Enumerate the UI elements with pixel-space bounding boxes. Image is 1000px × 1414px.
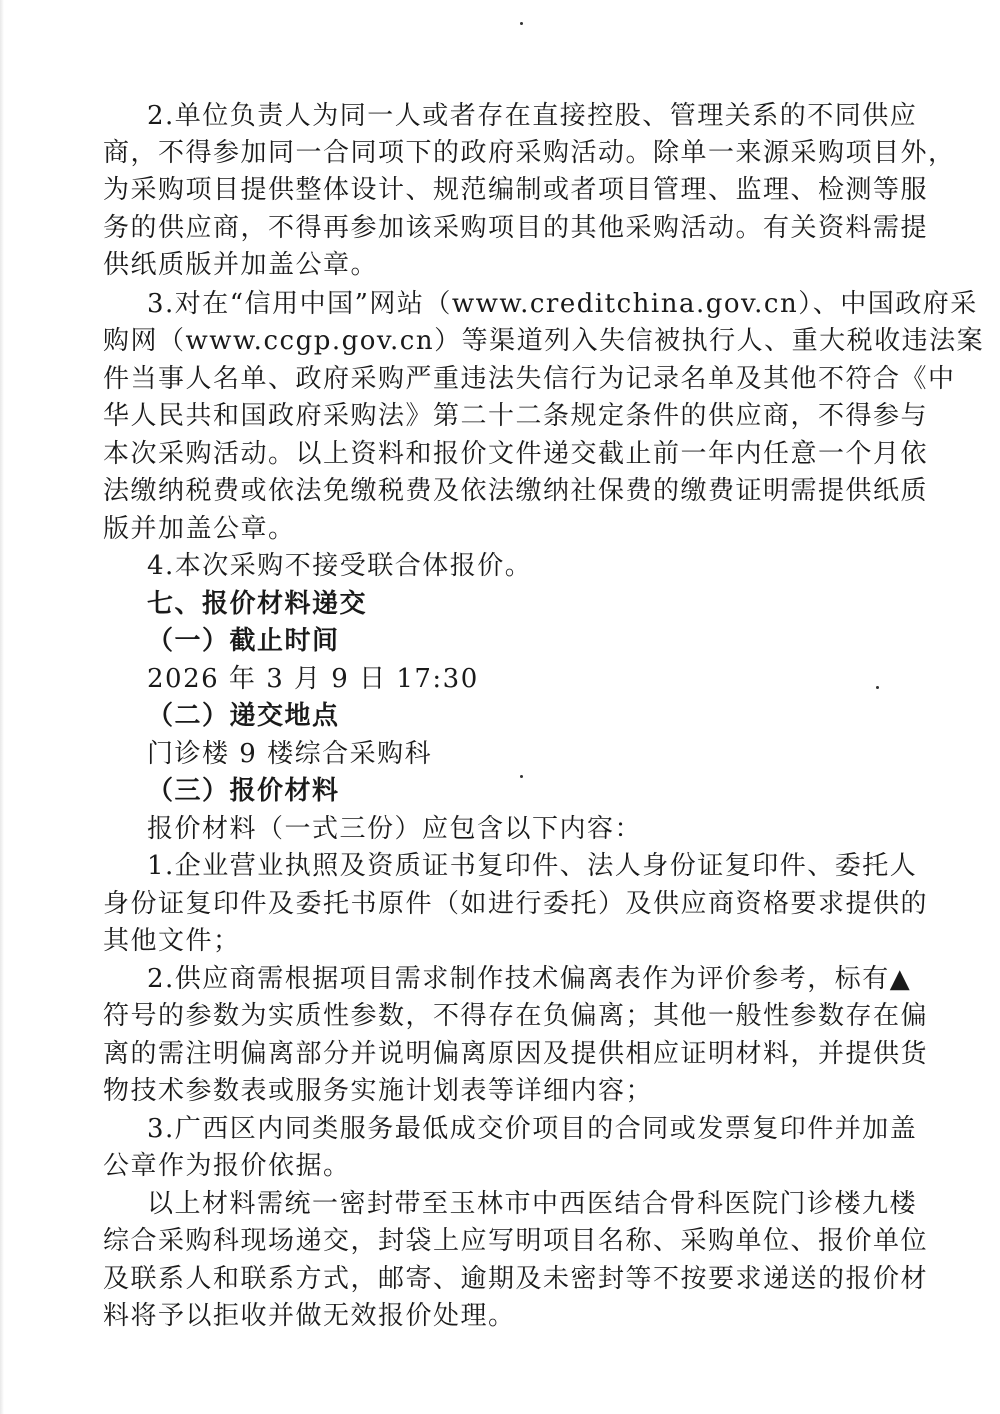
text-line: 离的需注明偏离部分并说明偏离原因及提供相应证明材料，并提供货 bbox=[103, 1036, 928, 1072]
text-line: 务的供应商，不得再参加该采购项目的其他采购活动。有关资料需提 bbox=[103, 210, 928, 246]
text-line: 3.对在“信用中国”网站（www.creditchina.gov.cn）、中国政… bbox=[147, 286, 978, 322]
text-line: 版并加盖公章。 bbox=[103, 511, 296, 547]
text-line: 1.企业营业执照及资质证书复印件、法人身份证复印件、委托人 bbox=[147, 848, 917, 884]
text-line: 4.本次采购不接受联合体报价。 bbox=[147, 548, 532, 584]
scan-speck bbox=[520, 22, 523, 25]
text-line: 购网（www.ccgp.gov.cn）等渠道列入失信被执行人、重大税收违法案 bbox=[103, 323, 984, 359]
section-heading: 七、报价材料递交 bbox=[147, 586, 367, 622]
scan-edge-shadow bbox=[0, 0, 4, 1414]
text-line: 为采购项目提供整体设计、规范编制或者项目管理、监理、检测等服 bbox=[103, 172, 928, 208]
text-line: 报价材料（一式三份）应包含以下内容： bbox=[147, 811, 642, 847]
text-line: 2.供应商需根据项目需求制作技术偏离表作为评价参考，标有▲ bbox=[147, 961, 911, 997]
text-line: 物技术参数表或服务实施计划表等详细内容； bbox=[103, 1073, 653, 1109]
text-line: 料将予以拒收并做无效报价处理。 bbox=[103, 1298, 516, 1334]
text-line: 2.单位负责人为同一人或者存在直接控股、管理关系的不同供应 bbox=[147, 98, 917, 134]
text-line: 公章作为报价依据。 bbox=[103, 1148, 351, 1184]
section-heading: （一）截止时间 bbox=[147, 623, 340, 659]
scan-speck bbox=[876, 686, 879, 689]
text-line: 3.广西区内同类服务最低成交价项目的合同或发票复印件并加盖 bbox=[147, 1111, 917, 1147]
text-line: 法缴纳税费或依法免缴税费及依法缴纳社保费的缴费证明需提供纸质 bbox=[103, 473, 928, 509]
text-line: 本次采购活动。以上资料和报价文件递交截止前一年内任意一个月依 bbox=[103, 436, 928, 472]
text-line: 以上材料需统一密封带至玉林市中西医结合骨科医院门诊楼九楼 bbox=[147, 1186, 917, 1222]
text-line: 综合采购科现场递交，封袋上应写明项目名称、采购单位、报价单位 bbox=[103, 1223, 928, 1259]
text-line: 其他文件； bbox=[103, 923, 241, 959]
section-heading: （三）报价材料 bbox=[147, 773, 340, 809]
text-line: 商，不得参加同一合同项下的政府采购活动。除单一来源采购项目外， bbox=[103, 135, 956, 171]
text-line: 门诊楼 9 楼综合采购科 bbox=[147, 736, 432, 772]
text-line: 身份证复印件及委托书原件（如进行委托）及供应商资格要求提供的 bbox=[103, 886, 928, 922]
text-line: 2026 年 3 月 9 日 17:30 bbox=[147, 661, 479, 697]
text-line: 供纸质版并加盖公章。 bbox=[103, 247, 378, 283]
section-heading: （二）递交地点 bbox=[147, 698, 340, 734]
scanned-document-page: 2.单位负责人为同一人或者存在直接控股、管理关系的不同供应商，不得参加同一合同项… bbox=[0, 0, 1000, 1414]
text-line: 件当事人名单、政府采购严重违法失信行为记录名单及其他不符合《中 bbox=[103, 361, 956, 397]
scan-speck bbox=[520, 775, 523, 778]
text-line: 华人民共和国政府采购法》第二十二条规定条件的供应商，不得参与 bbox=[103, 398, 928, 434]
text-line: 及联系人和联系方式，邮寄、逾期及未密封等不按要求递送的报价材 bbox=[103, 1261, 928, 1297]
text-line: 符号的参数为实质性参数，不得存在负偏离；其他一般性参数存在偏 bbox=[103, 998, 928, 1034]
